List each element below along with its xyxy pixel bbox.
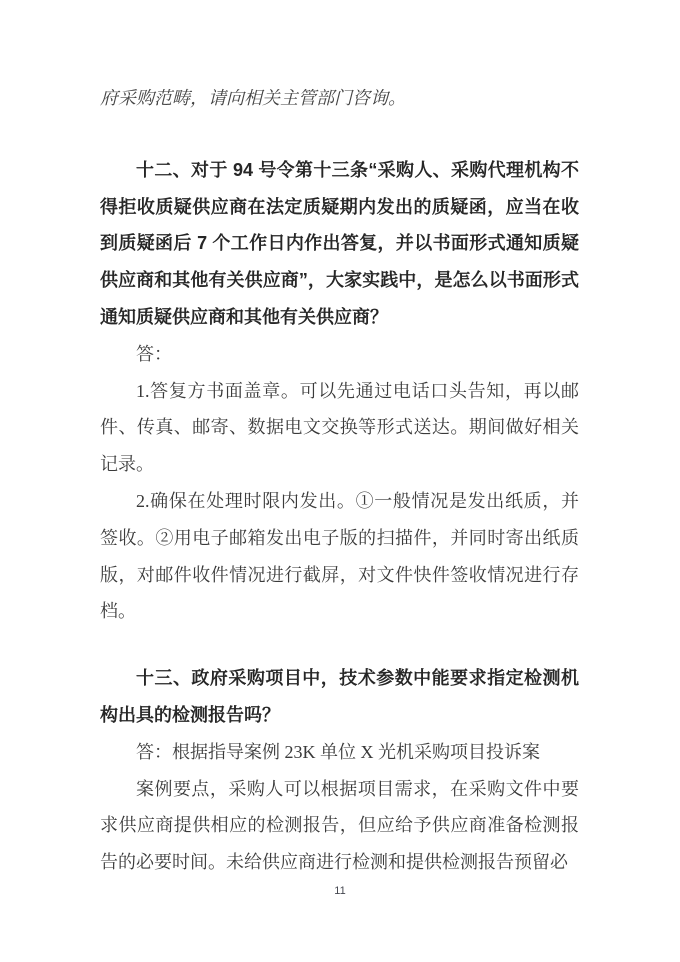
answer-13-case-summary: 案例要点，采购人可以根据项目需求，在采购文件中要求供应商提供相应的检测报告，但应… xyxy=(100,771,579,881)
page-number: 11 xyxy=(0,885,680,897)
question-13-heading: 十三、政府采购项目中，技术参数中能要求指定检测机构出具的检测报告吗？ xyxy=(100,660,579,734)
question-12-heading: 十二、对于 94 号令第十三条“采购人、采购代理机构不得拒收质疑供应商在法定质疑… xyxy=(100,152,579,336)
answer-12-label: 答： xyxy=(100,336,579,373)
answer-13-reference: 答：根据指导案例 23K 单位 X 光机采购项目投诉案 xyxy=(100,734,579,771)
document-body: 府采购范畴，请向相关主管部门咨询。 十二、对于 94 号令第十三条“采购人、采购… xyxy=(100,80,579,881)
continued-paragraph: 府采购范畴，请向相关主管部门咨询。 xyxy=(100,80,579,117)
answer-12-item-1: 1.答复方书面盖章。可以先通过电话口头告知，再以邮件、传真、邮寄、数据电文交换等… xyxy=(100,373,579,483)
document-page: 府采购范畴，请向相关主管部门咨询。 十二、对于 94 号令第十三条“采购人、采购… xyxy=(0,0,680,962)
answer-12-item-2: 2.确保在处理时限内发出。①一般情况是发出纸质，并签收。②用电子邮箱发出电子版的… xyxy=(100,483,579,630)
